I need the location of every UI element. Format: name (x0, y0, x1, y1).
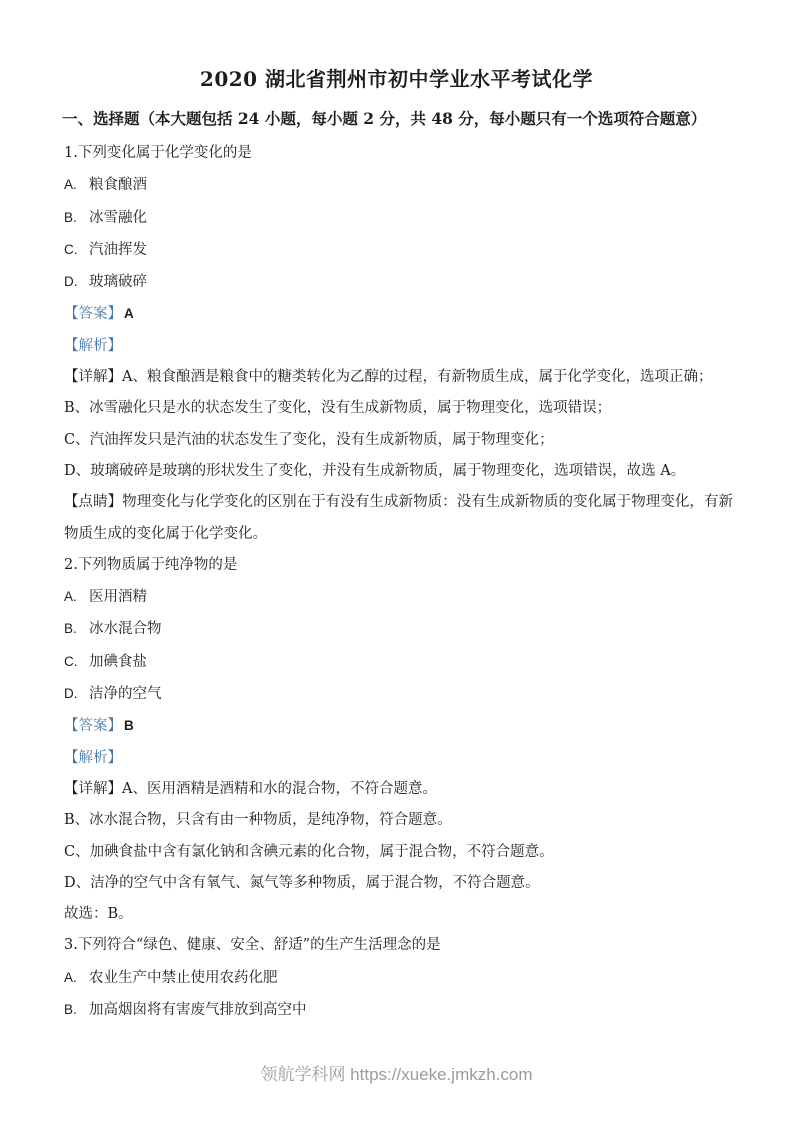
question-1-option-d: D.玻璃破碎 (64, 266, 733, 298)
question-2-option-b: B.冰水混合物 (64, 613, 733, 645)
option-text: 玻璃破碎 (89, 274, 147, 290)
question-2-answer-line: 【答案】B (64, 710, 733, 742)
question-1-explanation-4: D、玻璃破碎是玻璃的形状发生了变化，并没有生成新物质，属于物理变化，选项错误，故… (64, 456, 733, 487)
option-letter: A. (64, 581, 80, 612)
question-2-option-c: C.加碘食盐 (64, 646, 733, 678)
question-1-stem: 1.下列变化属于化学变化的是 (64, 138, 733, 169)
question-2-explanation-5: 故选：B。 (64, 899, 733, 930)
question-2-explanation-2: B、冰水混合物，只含有由一种物质，是纯净物，符合题意。 (64, 805, 733, 836)
answer-label: 【答案】 (64, 306, 122, 322)
footer-watermark: 领航学科网 https://xueke.jmkzh.com (0, 1062, 793, 1088)
document-page: 2020 湖北省荆州市初中学业水平考试化学 一、选择题（本大题包括 24 小题，… (0, 0, 793, 1122)
answer-value: B (124, 718, 134, 733)
option-letter: A. (64, 169, 80, 200)
question-1-explanation-2: B、冰雪融化只是水的状态发生了变化，没有生成新物质，属于物理变化，选项错误； (64, 393, 733, 424)
question-2-explanation-4: D、洁净的空气中含有氧气、氮气等多种物质，属于混合物，不符合题意。 (64, 868, 733, 899)
section-heading: 一、选择题（本大题包括 24 小题，每小题 2 分，共 48 分，每小题只有一个… (62, 106, 735, 132)
option-letter: B. (64, 994, 80, 1025)
option-text: 加碘食盐 (89, 654, 147, 670)
option-letter: B. (64, 613, 80, 644)
option-letter: D. (64, 678, 80, 709)
question-3-stem: 3.下列符合“绿色、健康、安全、舒适”的生产生活理念的是 (64, 930, 733, 961)
option-text: 医用酒精 (89, 589, 147, 605)
question-2: 2.下列物质属于纯净物的是 A.医用酒精 B.冰水混合物 C.加碘食盐 D.洁净… (64, 550, 733, 931)
option-letter: B. (64, 202, 80, 233)
question-3: 3.下列符合“绿色、健康、安全、舒适”的生产生活理念的是 A.农业生产中禁止使用… (64, 930, 733, 1026)
question-1-explanation-1: 【详解】A、粮食酿酒是粮食中的糖类转化为乙醇的过程，有新物质生成，属于化学变化，… (64, 362, 733, 393)
question-3-option-a: A.农业生产中禁止使用农药化肥 (64, 962, 733, 994)
answer-label: 【答案】 (64, 718, 122, 734)
option-letter: C. (64, 646, 80, 677)
option-text: 冰雪融化 (89, 210, 147, 226)
question-1-explanation-3: C、汽油挥发只是汽油的状态发生了变化，没有生成新物质，属于物理变化； (64, 425, 733, 456)
question-2-stem: 2.下列物质属于纯净物的是 (64, 550, 733, 581)
question-1-analysis-line: 【解析】 (64, 331, 733, 362)
option-text: 加高烟囱将有害废气排放到高空中 (89, 1002, 307, 1018)
question-1-option-a: A.粮食酿酒 (64, 169, 733, 201)
question-1-explanation-5: 【点睛】物理变化与化学变化的区别在于有没有生成新物质：没有生成新物质的变化属于物… (64, 487, 733, 550)
option-text: 汽油挥发 (89, 242, 147, 258)
option-text: 粮食酿酒 (89, 177, 147, 193)
question-1: 1.下列变化属于化学变化的是 A.粮食酿酒 B.冰雪融化 C.汽油挥发 D.玻璃… (64, 138, 733, 550)
question-3-option-b: B.加高烟囱将有害废气排放到高空中 (64, 994, 733, 1026)
option-text: 农业生产中禁止使用农药化肥 (89, 970, 278, 986)
answer-value: A (124, 306, 134, 321)
option-letter: D. (64, 266, 80, 297)
option-letter: C. (64, 234, 80, 265)
question-1-answer-line: 【答案】A (64, 298, 733, 330)
question-2-explanation-1: 【详解】A、医用酒精是酒精和水的混合物，不符合题意。 (64, 774, 733, 805)
question-2-analysis-line: 【解析】 (64, 743, 733, 774)
analysis-label: 【解析】 (64, 338, 122, 354)
option-letter: A. (64, 962, 80, 993)
question-1-option-c: C.汽油挥发 (64, 234, 733, 266)
document-content: 1.下列变化属于化学变化的是 A.粮食酿酒 B.冰雪融化 C.汽油挥发 D.玻璃… (64, 138, 733, 1026)
question-2-explanation-3: C、加碘食盐中含有氯化钠和含碘元素的化合物，属于混合物，不符合题意。 (64, 837, 733, 868)
question-1-option-b: B.冰雪融化 (64, 202, 733, 234)
page-title: 2020 湖北省荆州市初中学业水平考试化学 (0, 0, 793, 94)
analysis-label: 【解析】 (64, 750, 122, 766)
option-text: 洁净的空气 (89, 686, 162, 702)
question-2-option-d: D.洁净的空气 (64, 678, 733, 710)
question-2-option-a: A.医用酒精 (64, 581, 733, 613)
option-text: 冰水混合物 (89, 621, 162, 637)
